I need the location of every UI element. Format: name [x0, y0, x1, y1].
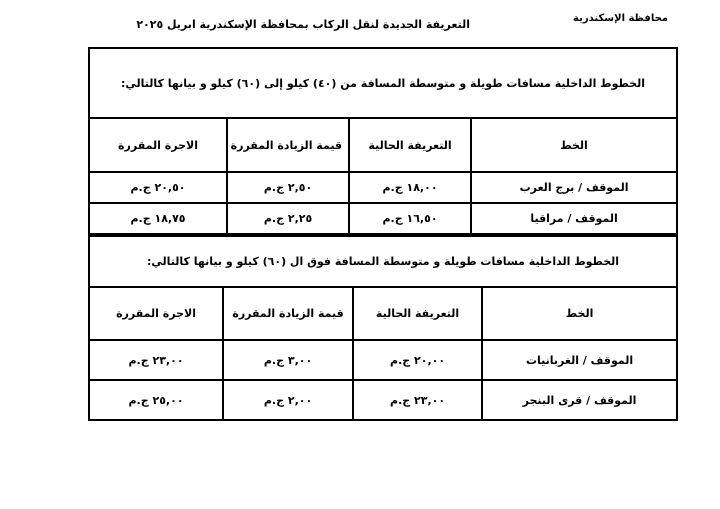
increase-cell: ٢,٠٠ ج.م: [223, 380, 353, 420]
section-title-row: الخطوط الداخلية مسافات طويلة و متوسطة ال…: [89, 48, 677, 118]
section-title: الخطوط الداخلية مسافات طويلة و متوسطة ال…: [89, 48, 677, 118]
column-header-increase: قيمة الزيادة المقررة: [227, 118, 349, 172]
line-cell: الموقف / برج العرب: [471, 172, 677, 203]
new-fare-cell: ٢٥,٠٠ ج.م: [89, 380, 223, 420]
column-header-current-tariff: التعريفة الحالية: [349, 118, 471, 172]
column-header-row: الخط التعريفة الحالية قيمة الزيادة المقر…: [89, 118, 677, 172]
column-header-row: الخط التعريفة الحالية قيمة الزيادة المقر…: [89, 287, 677, 340]
column-header-line: الخط: [471, 118, 677, 172]
section-title: الخطوط الداخلية مسافات طويلة و متوسطة ال…: [89, 236, 677, 287]
current-tariff-cell: ٢٠,٠٠ ج.م: [353, 340, 482, 380]
line-cell: الموقف / الغربانيات: [482, 340, 677, 380]
current-tariff-cell: ٢٣,٠٠ ج.م: [353, 380, 482, 420]
document-title: التعريفة الجديدة لنقل الركاب بمحافظة الإ…: [188, 18, 470, 31]
line-cell: الموقف / مراقيا: [471, 203, 677, 234]
column-header-new-fare: الاجرة المقررة: [89, 287, 223, 340]
column-header-current-tariff: التعريفة الحالية: [353, 287, 482, 340]
column-header-line: الخط: [482, 287, 677, 340]
tariff-tables: الخطوط الداخلية مسافات طويلة و متوسطة ال…: [88, 47, 676, 421]
line-cell: الموقف / قرى البنجر: [482, 380, 677, 420]
governorate-label: محافظة الإسكندرية: [573, 13, 668, 24]
tariff-table-above-60km: الخطوط الداخلية مسافات طويلة و متوسطة ال…: [88, 235, 678, 421]
increase-cell: ٢,٥٠ ج.م: [227, 172, 349, 203]
section-title-row: الخطوط الداخلية مسافات طويلة و متوسطة ال…: [89, 236, 677, 287]
increase-cell: ٣,٠٠ ج.م: [223, 340, 353, 380]
column-header-increase: قيمة الزيادة المقررة: [223, 287, 353, 340]
table-row: الموقف / الغربانيات ٢٠,٠٠ ج.م ٣,٠٠ ج.م ٢…: [89, 340, 677, 380]
table-row: الموقف / برج العرب ١٨,٠٠ ج.م ٢,٥٠ ج.م ٢٠…: [89, 172, 677, 203]
table-row: الموقف / قرى البنجر ٢٣,٠٠ ج.م ٢,٠٠ ج.م ٢…: [89, 380, 677, 420]
document-page: التعريفة الجديدة لنقل الركاب بمحافظة الإ…: [0, 0, 720, 509]
column-header-new-fare: الاجرة المقررة: [89, 118, 227, 172]
new-fare-cell: ٢٠,٥٠ ج.م: [89, 172, 227, 203]
new-fare-cell: ٢٣,٠٠ ج.م: [89, 340, 223, 380]
increase-cell: ٢,٢٥ ج.م: [227, 203, 349, 234]
table-row: الموقف / مراقيا ١٦,٥٠ ج.م ٢,٢٥ ج.م ١٨,٧٥…: [89, 203, 677, 234]
current-tariff-cell: ١٨,٠٠ ج.م: [349, 172, 471, 203]
current-tariff-cell: ١٦,٥٠ ج.م: [349, 203, 471, 234]
tariff-table-40-60km: الخطوط الداخلية مسافات طويلة و متوسطة ال…: [88, 47, 678, 235]
new-fare-cell: ١٨,٧٥ ج.م: [89, 203, 227, 234]
